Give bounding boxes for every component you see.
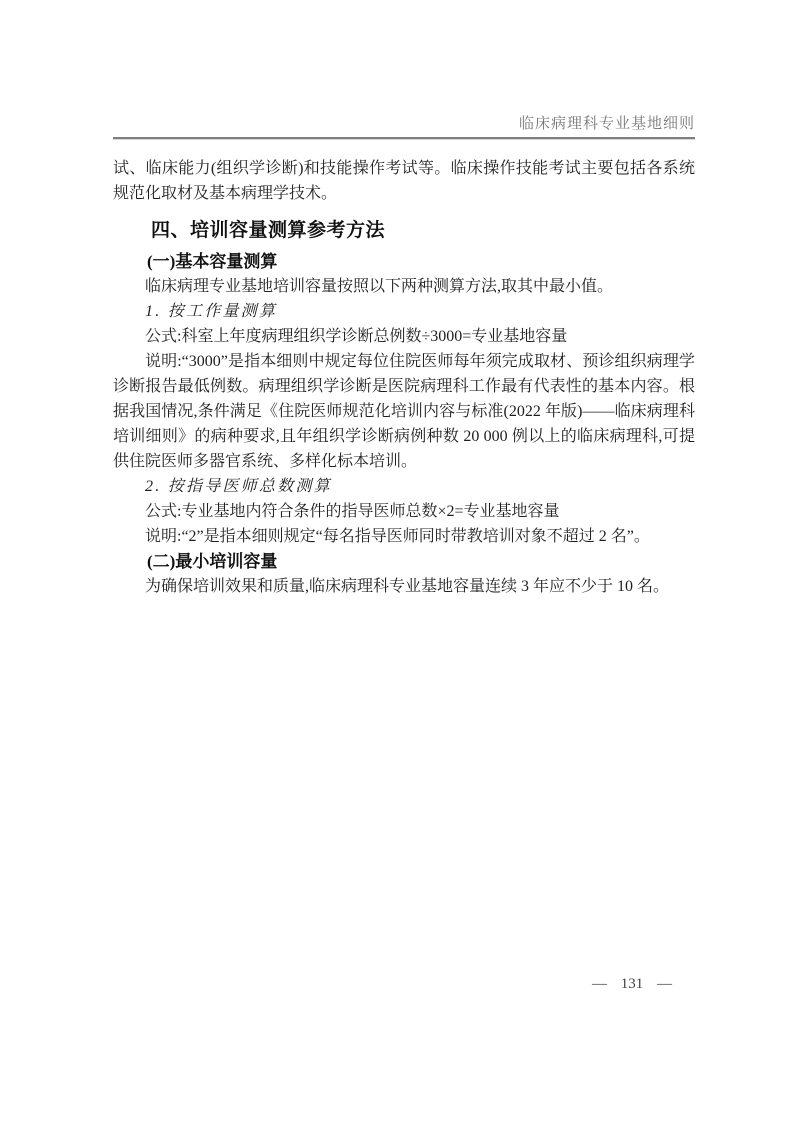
method-1-formula: 公式:科室上年度病理组织学诊断总例数÷3000=专业基地容量 [113,324,695,349]
document-page: 临床病理科专业基地细则 试、临床能力(组织学诊断)和技能操作考试等。临床操作技能… [0,0,800,1131]
section-title: 四、培训容量测算参考方法 [113,216,695,246]
paragraph-continued-from-previous-page: 试、临床能力(组织学诊断)和技能操作考试等。临床操作技能考试主要包括各系统规范化… [113,156,695,206]
page-content: 试、临床能力(组织学诊断)和技能操作考试等。临床操作技能考试主要包括各系统规范化… [113,156,695,599]
running-header: 临床病理科专业基地细则 [113,112,695,133]
header-rule [113,137,695,139]
running-header-title: 临床病理科专业基地细则 [519,116,695,132]
method-2-title: 2. 按指导医师总数测算 [113,474,695,499]
subsection-1-lead: 临床病理专业基地培训容量按照以下两种测算方法,取其中最小值。 [113,274,695,299]
subsection-1-title: (一)基本容量测算 [113,249,695,274]
page-number: — 131 — [592,976,672,993]
method-2-formula: 公式:专业基地内符合条件的指导医师总数×2=专业基地容量 [113,499,695,524]
method-1-title: 1. 按工作量测算 [113,299,695,324]
subsection-2-body: 为确保培训效果和质量,临床病理科专业基地容量连续 3 年应不少于 10 名。 [113,574,695,599]
method-2-note: 说明:“2”是指本细则规定“每名指导医师同时带教培训对象不超过 2 名”。 [113,524,695,549]
subsection-2-title: (二)最小培训容量 [113,549,695,574]
method-1-note: 说明:“3000”是指本细则中规定每位住院医师每年须完成取材、预诊组织病理学诊断… [113,349,695,474]
